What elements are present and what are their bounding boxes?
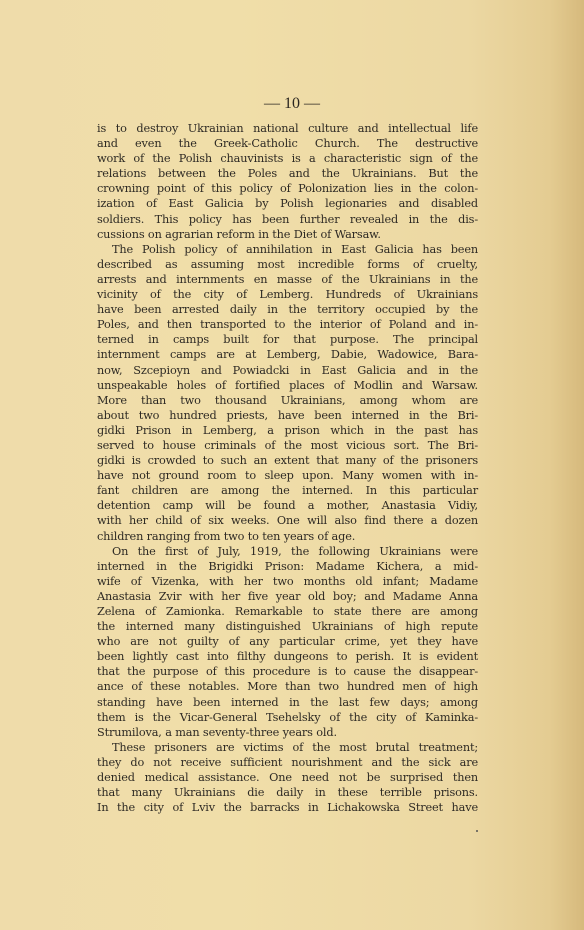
text-line: Poles, and then transported to the inter…: [97, 317, 478, 332]
text-line: These prisoners are victims of the most …: [97, 740, 478, 755]
text-line: relations between the Poles and the Ukra…: [97, 166, 478, 181]
text-line: with her child of six weeks. One will al…: [97, 513, 478, 528]
text-line: standing have been interned in the last …: [97, 695, 478, 710]
text-line: Anastasia Zvir with her five year old bo…: [97, 589, 478, 604]
text-line: have been arrested daily in the territor…: [97, 302, 478, 317]
text-line: On the first of July, 1919, the followin…: [97, 544, 478, 559]
text-line: have not ground room to sleep upon. Many…: [97, 468, 478, 483]
text-line: fant children are among the interned. In…: [97, 483, 478, 498]
text-line: Strumilova, a man seventy-three years ol…: [97, 725, 478, 740]
text-line: served to house criminals of the most vi…: [97, 438, 478, 453]
text-line: gidki Prison in Lemberg, a prison which …: [97, 423, 478, 438]
text-line: about two hundred priests, have been int…: [97, 408, 478, 423]
text-line: In the city of Lviv the barracks in Lich…: [97, 800, 478, 815]
text-line: Zelena of Zamionka. Remarkable to state …: [97, 604, 478, 619]
text-line: terned in camps built for that purpose. …: [97, 332, 478, 347]
text-line: now, Szcepioyn and Powiadcki in East Gal…: [97, 363, 478, 378]
text-line: ization of East Galicia by Polish legion…: [97, 196, 478, 211]
text-line: that many Ukrainians die daily in these …: [97, 785, 478, 800]
text-line: ance of these notables. More than two hu…: [97, 679, 478, 694]
text-line: denied medical assistance. One need not …: [97, 770, 478, 785]
text-line: arrests and internments en masse of the …: [97, 272, 478, 287]
text-line: cussions on agrarian reform in the Diet …: [97, 227, 478, 242]
text-line: work of the Polish chauvinists is a char…: [97, 151, 478, 166]
text-line: the interned many distinguished Ukrainia…: [97, 619, 478, 634]
text-line: who are not guilty of any particular cri…: [97, 634, 478, 649]
text-line: children ranging from two to ten years o…: [97, 529, 478, 544]
body-text: is to destroy Ukrainian national culture…: [97, 121, 478, 815]
print-speck: [476, 830, 478, 832]
text-line: interned in the Brigidki Prison: Madame …: [97, 559, 478, 574]
text-line: vicinity of the city of Lemberg. Hundred…: [97, 287, 478, 302]
text-line: More than two thousand Ukrainians, among…: [97, 393, 478, 408]
text-line: described as assuming most incredible fo…: [97, 257, 478, 272]
document-page: — 10 — is to destroy Ukrainian national …: [0, 0, 584, 930]
text-line: crowning point of this policy of Poloniz…: [97, 181, 478, 196]
text-line: unspeakable holes of fortified places of…: [97, 378, 478, 393]
page-number: — 10 —: [0, 95, 584, 113]
text-line: is to destroy Ukrainian national culture…: [97, 121, 478, 136]
text-line: they do not receive sufficient nourishme…: [97, 755, 478, 770]
text-line: them is the Vicar-General Tsehelsky of t…: [97, 710, 478, 725]
text-line: detention camp will be found a mother, A…: [97, 498, 478, 513]
text-line: wife of Vizenka, with her two months old…: [97, 574, 478, 589]
text-line: been lightly cast into filthy dungeons t…: [97, 649, 478, 664]
text-line: that the purpose of this procedure is to…: [97, 664, 478, 679]
text-line: and even the Greek-Catholic Church. The …: [97, 136, 478, 151]
text-line: The Polish policy of annihilation in Eas…: [97, 242, 478, 257]
text-line: soldiers. This policy has been further r…: [97, 212, 478, 227]
text-line: internment camps are at Lemberg, Dabie, …: [97, 347, 478, 362]
text-line: gidki is crowded to such an extent that …: [97, 453, 478, 468]
